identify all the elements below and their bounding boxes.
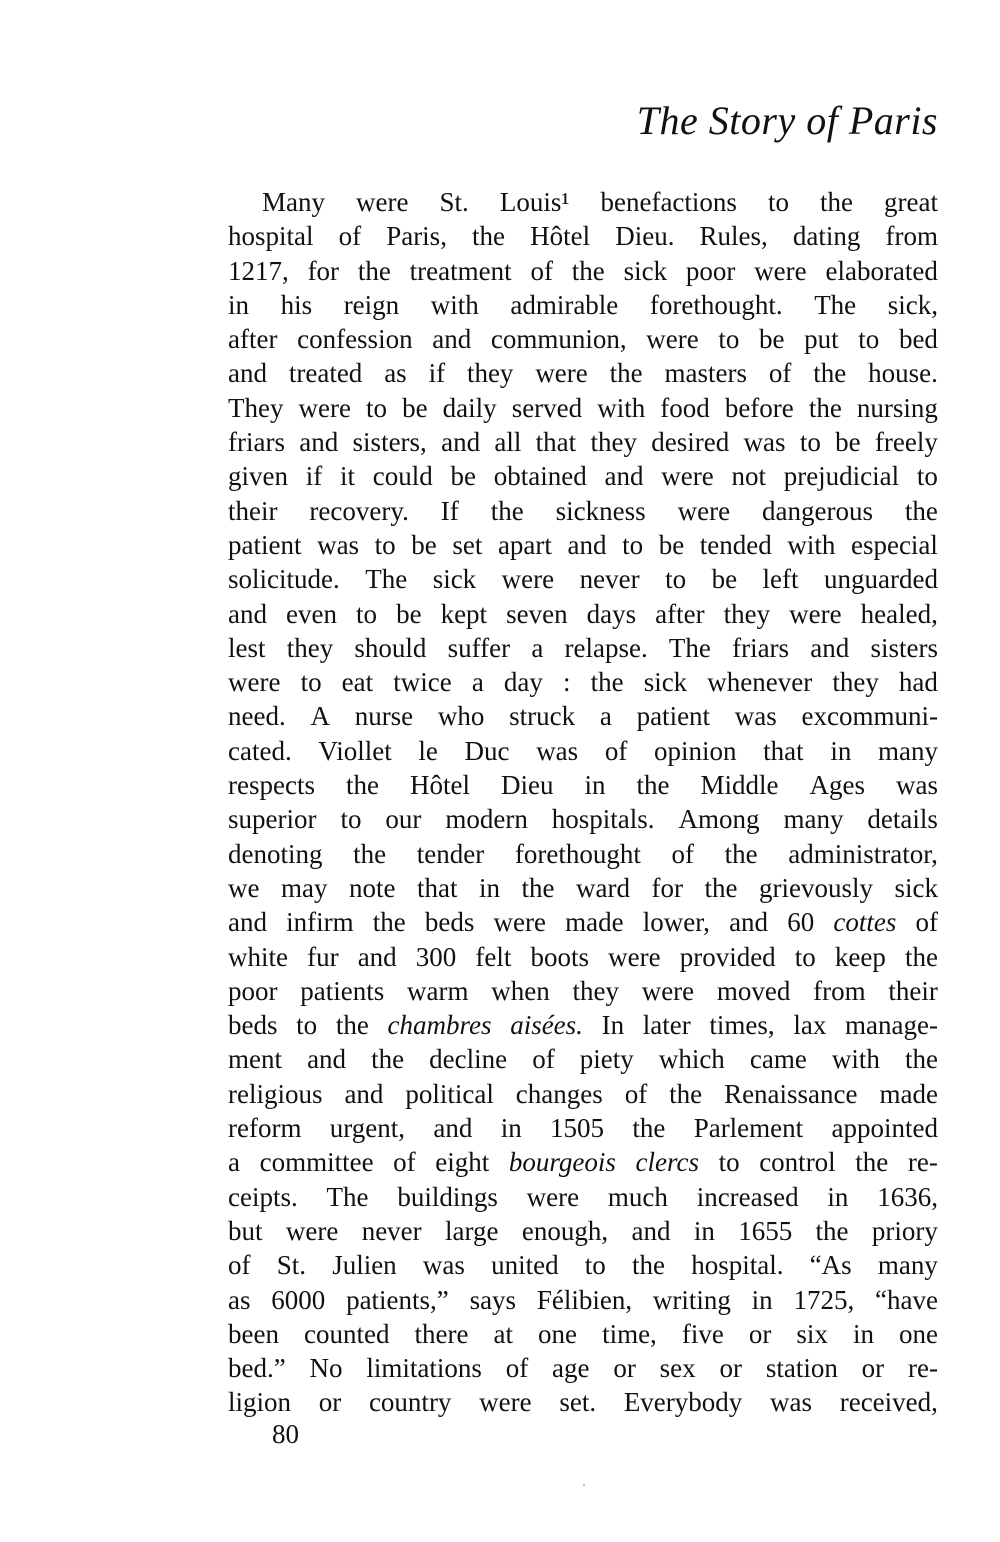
- word: many: [878, 1248, 938, 1282]
- word: committee: [260, 1145, 374, 1179]
- italic-word: clercs: [636, 1145, 699, 1179]
- word: the: [855, 1145, 888, 1179]
- word: piety: [580, 1042, 634, 1076]
- word: with: [431, 288, 479, 322]
- word: and: [810, 631, 849, 665]
- word: station: [766, 1351, 838, 1385]
- italic-word: cottes: [833, 905, 896, 939]
- word: whenever: [707, 665, 812, 699]
- word: Julien: [332, 1248, 397, 1282]
- word: not: [731, 459, 766, 493]
- word: to: [340, 802, 361, 836]
- word: sick: [624, 254, 668, 288]
- word: much: [608, 1180, 668, 1214]
- word: in: [501, 1111, 522, 1145]
- word: the: [704, 871, 737, 905]
- word: warm: [407, 974, 468, 1008]
- word: appointed: [831, 1111, 937, 1145]
- word: and: [441, 425, 480, 459]
- word: ligion: [228, 1385, 291, 1419]
- word: ceipts.: [228, 1180, 298, 1214]
- word: set: [452, 528, 482, 562]
- word: and: [729, 905, 768, 939]
- word: days: [587, 597, 637, 631]
- word: re-: [908, 1351, 938, 1385]
- word: Hôtel: [410, 768, 470, 802]
- word: enough,: [522, 1214, 608, 1248]
- word: to: [858, 322, 879, 356]
- word: at: [494, 1317, 514, 1351]
- word: were: [356, 185, 408, 219]
- word: hospital: [228, 219, 314, 253]
- word: or: [749, 1317, 772, 1351]
- word: the: [591, 665, 624, 699]
- word: Middle: [700, 768, 778, 802]
- word: moved: [717, 974, 791, 1008]
- word: they: [467, 356, 514, 390]
- word: food: [660, 391, 710, 425]
- word: patients,”: [346, 1283, 449, 1317]
- word: made: [565, 905, 623, 939]
- word: were: [754, 254, 806, 288]
- word: elaborated: [825, 254, 937, 288]
- text-line: reformurgent,andin1505theParlementappoin…: [228, 1111, 938, 1145]
- word: be: [759, 322, 784, 356]
- word: St.: [277, 1248, 306, 1282]
- word: to: [622, 528, 643, 562]
- word: and: [299, 425, 338, 459]
- word: or: [862, 1351, 885, 1385]
- word: from: [813, 974, 865, 1008]
- italic-word: chambres: [388, 1008, 492, 1042]
- word: may: [281, 871, 328, 905]
- word: recovery.: [309, 494, 408, 528]
- word: boots: [531, 940, 590, 974]
- word: the: [358, 254, 391, 288]
- word: priory: [872, 1214, 938, 1248]
- word: after: [655, 597, 704, 631]
- text-line: superiortoourmodernhospitals.Amongmanyde…: [228, 802, 938, 836]
- word: six: [796, 1317, 828, 1351]
- word: of: [530, 254, 553, 288]
- word: to: [718, 322, 739, 356]
- word: they: [572, 974, 619, 1008]
- word: was: [536, 734, 578, 768]
- text-line: givenifitcouldbeobtainedandwerenotprejud…: [228, 459, 938, 493]
- word: and: [344, 1077, 383, 1111]
- word: and: [228, 905, 267, 939]
- word: with: [787, 528, 835, 562]
- word: communion,: [491, 322, 627, 356]
- word: prejudicial: [784, 459, 899, 493]
- word: Among: [679, 802, 760, 836]
- word: be: [712, 562, 737, 596]
- text-line: whitefurand300feltbootswereprovidedtokee…: [228, 940, 938, 974]
- word: the: [353, 837, 386, 871]
- word: of: [915, 905, 938, 939]
- word: Duc: [465, 734, 510, 768]
- word: treated: [289, 356, 362, 390]
- word: one: [899, 1317, 938, 1351]
- word: been: [228, 1317, 279, 1351]
- word: set.: [559, 1385, 596, 1419]
- word: the: [905, 940, 938, 974]
- word: the: [336, 1008, 369, 1042]
- word: the: [632, 1111, 665, 1145]
- word: sex: [660, 1351, 696, 1385]
- text-line: ligionorcountrywereset.Everybodywasrecei…: [228, 1385, 938, 1419]
- scan-speck: [583, 1484, 585, 1486]
- word: respects: [228, 768, 315, 802]
- word: house.: [868, 356, 938, 390]
- word: as: [228, 1283, 251, 1317]
- word: was: [770, 1385, 812, 1419]
- word: Many: [262, 185, 325, 219]
- word: especial: [851, 528, 938, 562]
- word: relapse.: [565, 631, 648, 665]
- text-line: wemaynotethatinthewardforthegrievouslysi…: [228, 871, 938, 905]
- word: in: [752, 1283, 773, 1317]
- word: benefactions: [600, 185, 736, 219]
- text-line: religiousandpoliticalchangesoftheRenaiss…: [228, 1077, 938, 1111]
- word: and: [228, 597, 267, 631]
- word: keep: [835, 940, 886, 974]
- word: our: [385, 802, 421, 836]
- word: a: [531, 631, 543, 665]
- word: sisters,: [353, 425, 427, 459]
- italic-word: aisées.: [510, 1008, 583, 1042]
- word: five: [682, 1317, 724, 1351]
- word: poor: [686, 254, 736, 288]
- word: and: [228, 356, 267, 390]
- word: kept: [441, 597, 488, 631]
- word: or: [319, 1385, 342, 1419]
- text-line: respectstheHôtelDieuintheMiddleAgeswas: [228, 768, 938, 802]
- word: beds: [425, 905, 475, 939]
- word: were: [642, 974, 694, 1008]
- word: or: [613, 1351, 636, 1385]
- word: were: [479, 1385, 531, 1419]
- word: be: [659, 528, 684, 562]
- word: dating: [793, 219, 861, 253]
- word: the: [725, 837, 758, 871]
- word: note: [349, 871, 396, 905]
- word: time,: [602, 1317, 657, 1351]
- word: the: [669, 1077, 702, 1111]
- text-line: acommitteeofeightbourgeoisclercstocontro…: [228, 1145, 938, 1179]
- word: the: [813, 356, 846, 390]
- word: Hôtel: [530, 219, 590, 253]
- word: the: [346, 768, 379, 802]
- word: when: [491, 974, 549, 1008]
- word: A: [310, 699, 330, 733]
- word: :: [563, 665, 571, 699]
- word: the: [373, 905, 406, 939]
- word: the: [816, 1214, 849, 1248]
- word: St.: [440, 185, 469, 219]
- word: The: [814, 288, 856, 322]
- word: in: [827, 1180, 848, 1214]
- word: or: [720, 1351, 743, 1385]
- word: the: [522, 871, 555, 905]
- word: of: [393, 1145, 416, 1179]
- word: sickness: [556, 494, 646, 528]
- word: reign: [344, 288, 399, 322]
- word: forethought: [515, 837, 641, 871]
- text-line: afterconfessionandcommunion,weretobeputt…: [228, 322, 938, 356]
- text-line: need.Anursewhostruckapatientwasexcommuni…: [228, 699, 938, 733]
- word: even: [286, 597, 337, 631]
- word: to: [917, 459, 938, 493]
- word: if: [306, 459, 323, 493]
- word: The: [669, 631, 711, 665]
- word: were: [299, 391, 351, 425]
- word: were: [286, 1214, 338, 1248]
- word: 6000: [271, 1283, 325, 1317]
- word: nursing: [857, 391, 938, 425]
- word: modern: [445, 802, 527, 836]
- word: united: [491, 1248, 559, 1282]
- word: was: [317, 528, 359, 562]
- word: his: [281, 288, 313, 322]
- word: daily: [443, 391, 497, 425]
- word: came: [750, 1042, 807, 1076]
- word: felt: [475, 940, 511, 974]
- word: “have: [875, 1283, 938, 1317]
- word: the: [905, 1042, 938, 1076]
- word: in: [853, 1317, 874, 1351]
- word: to: [356, 597, 377, 631]
- word: were: [535, 356, 587, 390]
- word: were: [527, 1180, 579, 1214]
- word: in: [228, 288, 249, 322]
- word: cated.: [228, 734, 292, 768]
- word: for: [308, 254, 339, 288]
- word: administrator,: [788, 837, 938, 871]
- word: but: [228, 1214, 263, 1248]
- word: to: [375, 528, 396, 562]
- word: apart: [498, 528, 552, 562]
- word: they: [832, 665, 879, 699]
- word: healed,: [861, 597, 938, 631]
- word: and: [604, 459, 643, 493]
- word: were: [678, 494, 730, 528]
- word: unguarded: [824, 562, 938, 596]
- word: treatment: [410, 254, 512, 288]
- word: of: [672, 837, 695, 871]
- word: who: [438, 699, 485, 733]
- text-line: hospitalofParis,theHôtelDieu.Rules,datin…: [228, 219, 938, 253]
- word: be: [411, 528, 436, 562]
- word: Rules,: [700, 219, 768, 253]
- word: The: [365, 562, 407, 596]
- text-line: andinfirmthebedsweremadelower,and60cotte…: [228, 905, 938, 939]
- word: re-: [908, 1145, 938, 1179]
- word: 1636,: [877, 1180, 938, 1214]
- word: the: [820, 185, 853, 219]
- word: be: [451, 459, 476, 493]
- word: never: [362, 1214, 422, 1248]
- word: confession: [297, 322, 412, 356]
- text-line: friarsandsisters,andallthattheydesiredwa…: [228, 425, 938, 459]
- page-number: 80: [272, 1417, 299, 1451]
- word: desired: [651, 425, 729, 459]
- word: Dieu: [501, 768, 553, 802]
- word: manage-: [845, 1008, 938, 1042]
- word: nurse: [355, 699, 413, 733]
- word: that: [763, 734, 804, 768]
- word: left: [763, 562, 799, 596]
- word: solicitude.: [228, 562, 340, 596]
- word: seven: [506, 597, 567, 631]
- word: the: [491, 494, 524, 528]
- word: there: [415, 1317, 469, 1351]
- text-line: ofSt.Julienwasunitedtothehospital.“Asman…: [228, 1248, 938, 1282]
- word: many: [783, 802, 843, 836]
- word: sick: [894, 871, 938, 905]
- word: were: [228, 665, 280, 699]
- word: They: [228, 391, 283, 425]
- word: “As: [810, 1248, 852, 1282]
- word: be: [402, 391, 427, 425]
- word: country: [369, 1385, 451, 1419]
- word: 1655: [738, 1214, 792, 1248]
- word: says: [470, 1283, 517, 1317]
- word: the: [371, 1042, 404, 1076]
- word: 1725,: [793, 1283, 854, 1317]
- text-line: bed.”Nolimitationsofageorsexorstationorr…: [228, 1351, 938, 1385]
- word: to: [296, 1008, 317, 1042]
- word: were: [608, 940, 660, 974]
- word: No: [310, 1351, 343, 1385]
- text-line: ManywereSt.Louis¹benefactionstothegreat: [228, 185, 938, 219]
- word: forethought.: [650, 288, 783, 322]
- word: was: [423, 1248, 465, 1282]
- word: superior: [228, 802, 316, 836]
- text-line: bedstothechambresaisées.Inlatertimes,lax…: [228, 1008, 938, 1042]
- word: writing: [653, 1283, 731, 1317]
- word: of: [625, 1077, 648, 1111]
- word: in: [830, 734, 851, 768]
- word: ward: [576, 871, 630, 905]
- word: fur: [307, 940, 338, 974]
- text-line: patientwastobesetapartandtobetendedwithe…: [228, 528, 938, 562]
- word: their: [228, 494, 277, 528]
- word: Louis¹: [500, 185, 570, 219]
- word: freely: [875, 425, 938, 459]
- word: infirm: [286, 905, 354, 939]
- word: should: [354, 631, 426, 665]
- word: of: [532, 1042, 555, 1076]
- word: the: [636, 768, 669, 802]
- word: if: [429, 356, 446, 390]
- word: In: [602, 1008, 625, 1042]
- word: was: [744, 425, 786, 459]
- word: in: [694, 1214, 715, 1248]
- word: 1217,: [228, 254, 289, 288]
- word: political: [405, 1077, 493, 1111]
- word: their: [888, 974, 937, 1008]
- word: religious: [228, 1077, 323, 1111]
- word: Paris,: [386, 219, 447, 253]
- word: 300: [416, 940, 457, 974]
- text-line: cated.ViolletleDucwasofopinionthatinmany: [228, 734, 938, 768]
- word: great: [884, 185, 938, 219]
- word: and: [307, 1042, 346, 1076]
- word: day: [504, 665, 543, 699]
- word: urgent,: [330, 1111, 405, 1145]
- word: eight: [435, 1145, 489, 1179]
- word: be: [396, 597, 421, 631]
- word: we: [228, 871, 259, 905]
- word: hospital.: [691, 1248, 783, 1282]
- word: counted: [304, 1317, 389, 1351]
- word: decline: [429, 1042, 507, 1076]
- word: and: [631, 1214, 670, 1248]
- word: tended: [700, 528, 772, 562]
- text-line: andtreatedasiftheywerethemastersofthehou…: [228, 356, 938, 390]
- word: to: [719, 1145, 740, 1179]
- text-line: poorpatientswarmwhentheyweremovedfromthe…: [228, 974, 938, 1008]
- text-line: ceipts.Thebuildingsweremuchincreasedin16…: [228, 1180, 938, 1214]
- word: made: [879, 1077, 937, 1111]
- word: with: [832, 1042, 880, 1076]
- word: the: [632, 1248, 665, 1282]
- word: before: [725, 391, 794, 425]
- word: to: [366, 391, 387, 425]
- word: of: [228, 1248, 251, 1282]
- word: provided: [680, 940, 776, 974]
- word: patient: [228, 528, 301, 562]
- word: were: [502, 562, 554, 596]
- word: If: [441, 494, 459, 528]
- word: was: [735, 699, 777, 733]
- word: increased: [697, 1180, 799, 1214]
- word: in: [479, 871, 500, 905]
- word: sick,: [888, 288, 938, 322]
- word: that: [536, 425, 577, 459]
- word: suffer: [448, 631, 510, 665]
- word: Everybody: [624, 1385, 742, 1419]
- word: patients: [300, 974, 384, 1008]
- text-line: 1217,forthetreatmentofthesickpoorwereela…: [228, 254, 938, 288]
- word: the: [572, 254, 605, 288]
- word: be: [835, 425, 860, 459]
- word: lower,: [643, 905, 710, 939]
- word: to: [795, 940, 816, 974]
- word: of: [339, 219, 362, 253]
- text-line: Theyweretobedailyservedwithfoodbeforethe…: [228, 391, 938, 425]
- word: sisters: [870, 631, 938, 665]
- italic-word: bourgeois: [509, 1145, 616, 1179]
- word: later: [643, 1008, 691, 1042]
- word: to: [768, 185, 789, 219]
- word: the: [809, 391, 842, 425]
- word: bed: [899, 322, 938, 356]
- word: le: [418, 734, 438, 768]
- word: to: [665, 562, 686, 596]
- word: to: [800, 425, 821, 459]
- word: were: [646, 322, 698, 356]
- word: denoting: [228, 837, 323, 871]
- word: Ages: [809, 768, 865, 802]
- word: it: [340, 459, 355, 493]
- word: limitations: [366, 1351, 482, 1385]
- word: dangerous: [762, 494, 873, 528]
- word: eat: [342, 665, 373, 699]
- word: the: [905, 494, 938, 528]
- word: with: [597, 391, 645, 425]
